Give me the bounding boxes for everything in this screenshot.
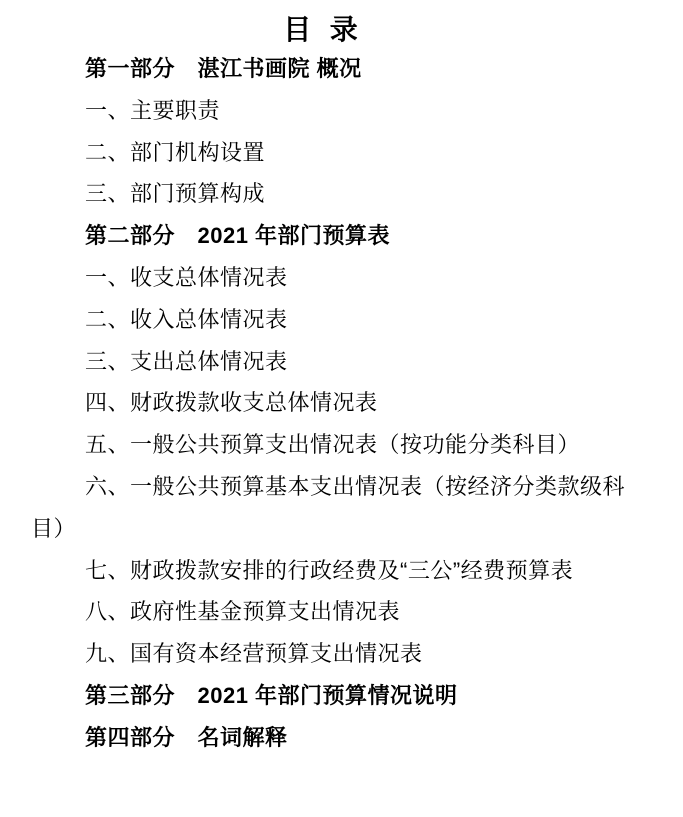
toc-content: 目 录 第一部分 湛江书画院 概况一、主要职责二、部门机构设置三、部门预算构成第… xyxy=(31,12,611,759)
toc-item: 一、收支总体情况表 xyxy=(31,257,611,299)
toc-item: 二、收入总体情况表 xyxy=(31,299,611,341)
toc-section-heading: 第一部分 湛江书画院 概况 xyxy=(31,48,611,90)
toc-item: 四、财政拨款收支总体情况表 xyxy=(31,382,611,424)
toc-item: 一、主要职责 xyxy=(31,90,611,132)
toc-item: 九、国有资本经营预算支出情况表 xyxy=(31,633,611,675)
toc-item: 八、政府性基金预算支出情况表 xyxy=(31,591,611,633)
toc-item: 目） xyxy=(31,508,611,550)
toc-item: 七、财政拨款安排的行政经费及“三公”经费预算表 xyxy=(31,550,611,592)
toc-item: 二、部门机构设置 xyxy=(31,132,611,174)
toc-section-heading: 第四部分 名词解释 xyxy=(31,717,611,759)
toc-item: 五、一般公共预算支出情况表（按功能分类科目） xyxy=(31,424,611,466)
document-page: 目 录 第一部分 湛江书画院 概况一、主要职责二、部门机构设置三、部门预算构成第… xyxy=(0,0,683,817)
toc-list: 第一部分 湛江书画院 概况一、主要职责二、部门机构设置三、部门预算构成第二部分 … xyxy=(31,48,611,759)
toc-item: 三、支出总体情况表 xyxy=(31,341,611,383)
toc-item: 六、一般公共预算基本支出情况表（按经济分类款级科 xyxy=(31,466,611,508)
page-title: 目 录 xyxy=(31,12,611,48)
toc-item: 三、部门预算构成 xyxy=(31,173,611,215)
toc-section-heading: 第三部分 2021 年部门预算情况说明 xyxy=(31,675,611,717)
toc-section-heading: 第二部分 2021 年部门预算表 xyxy=(31,215,611,257)
